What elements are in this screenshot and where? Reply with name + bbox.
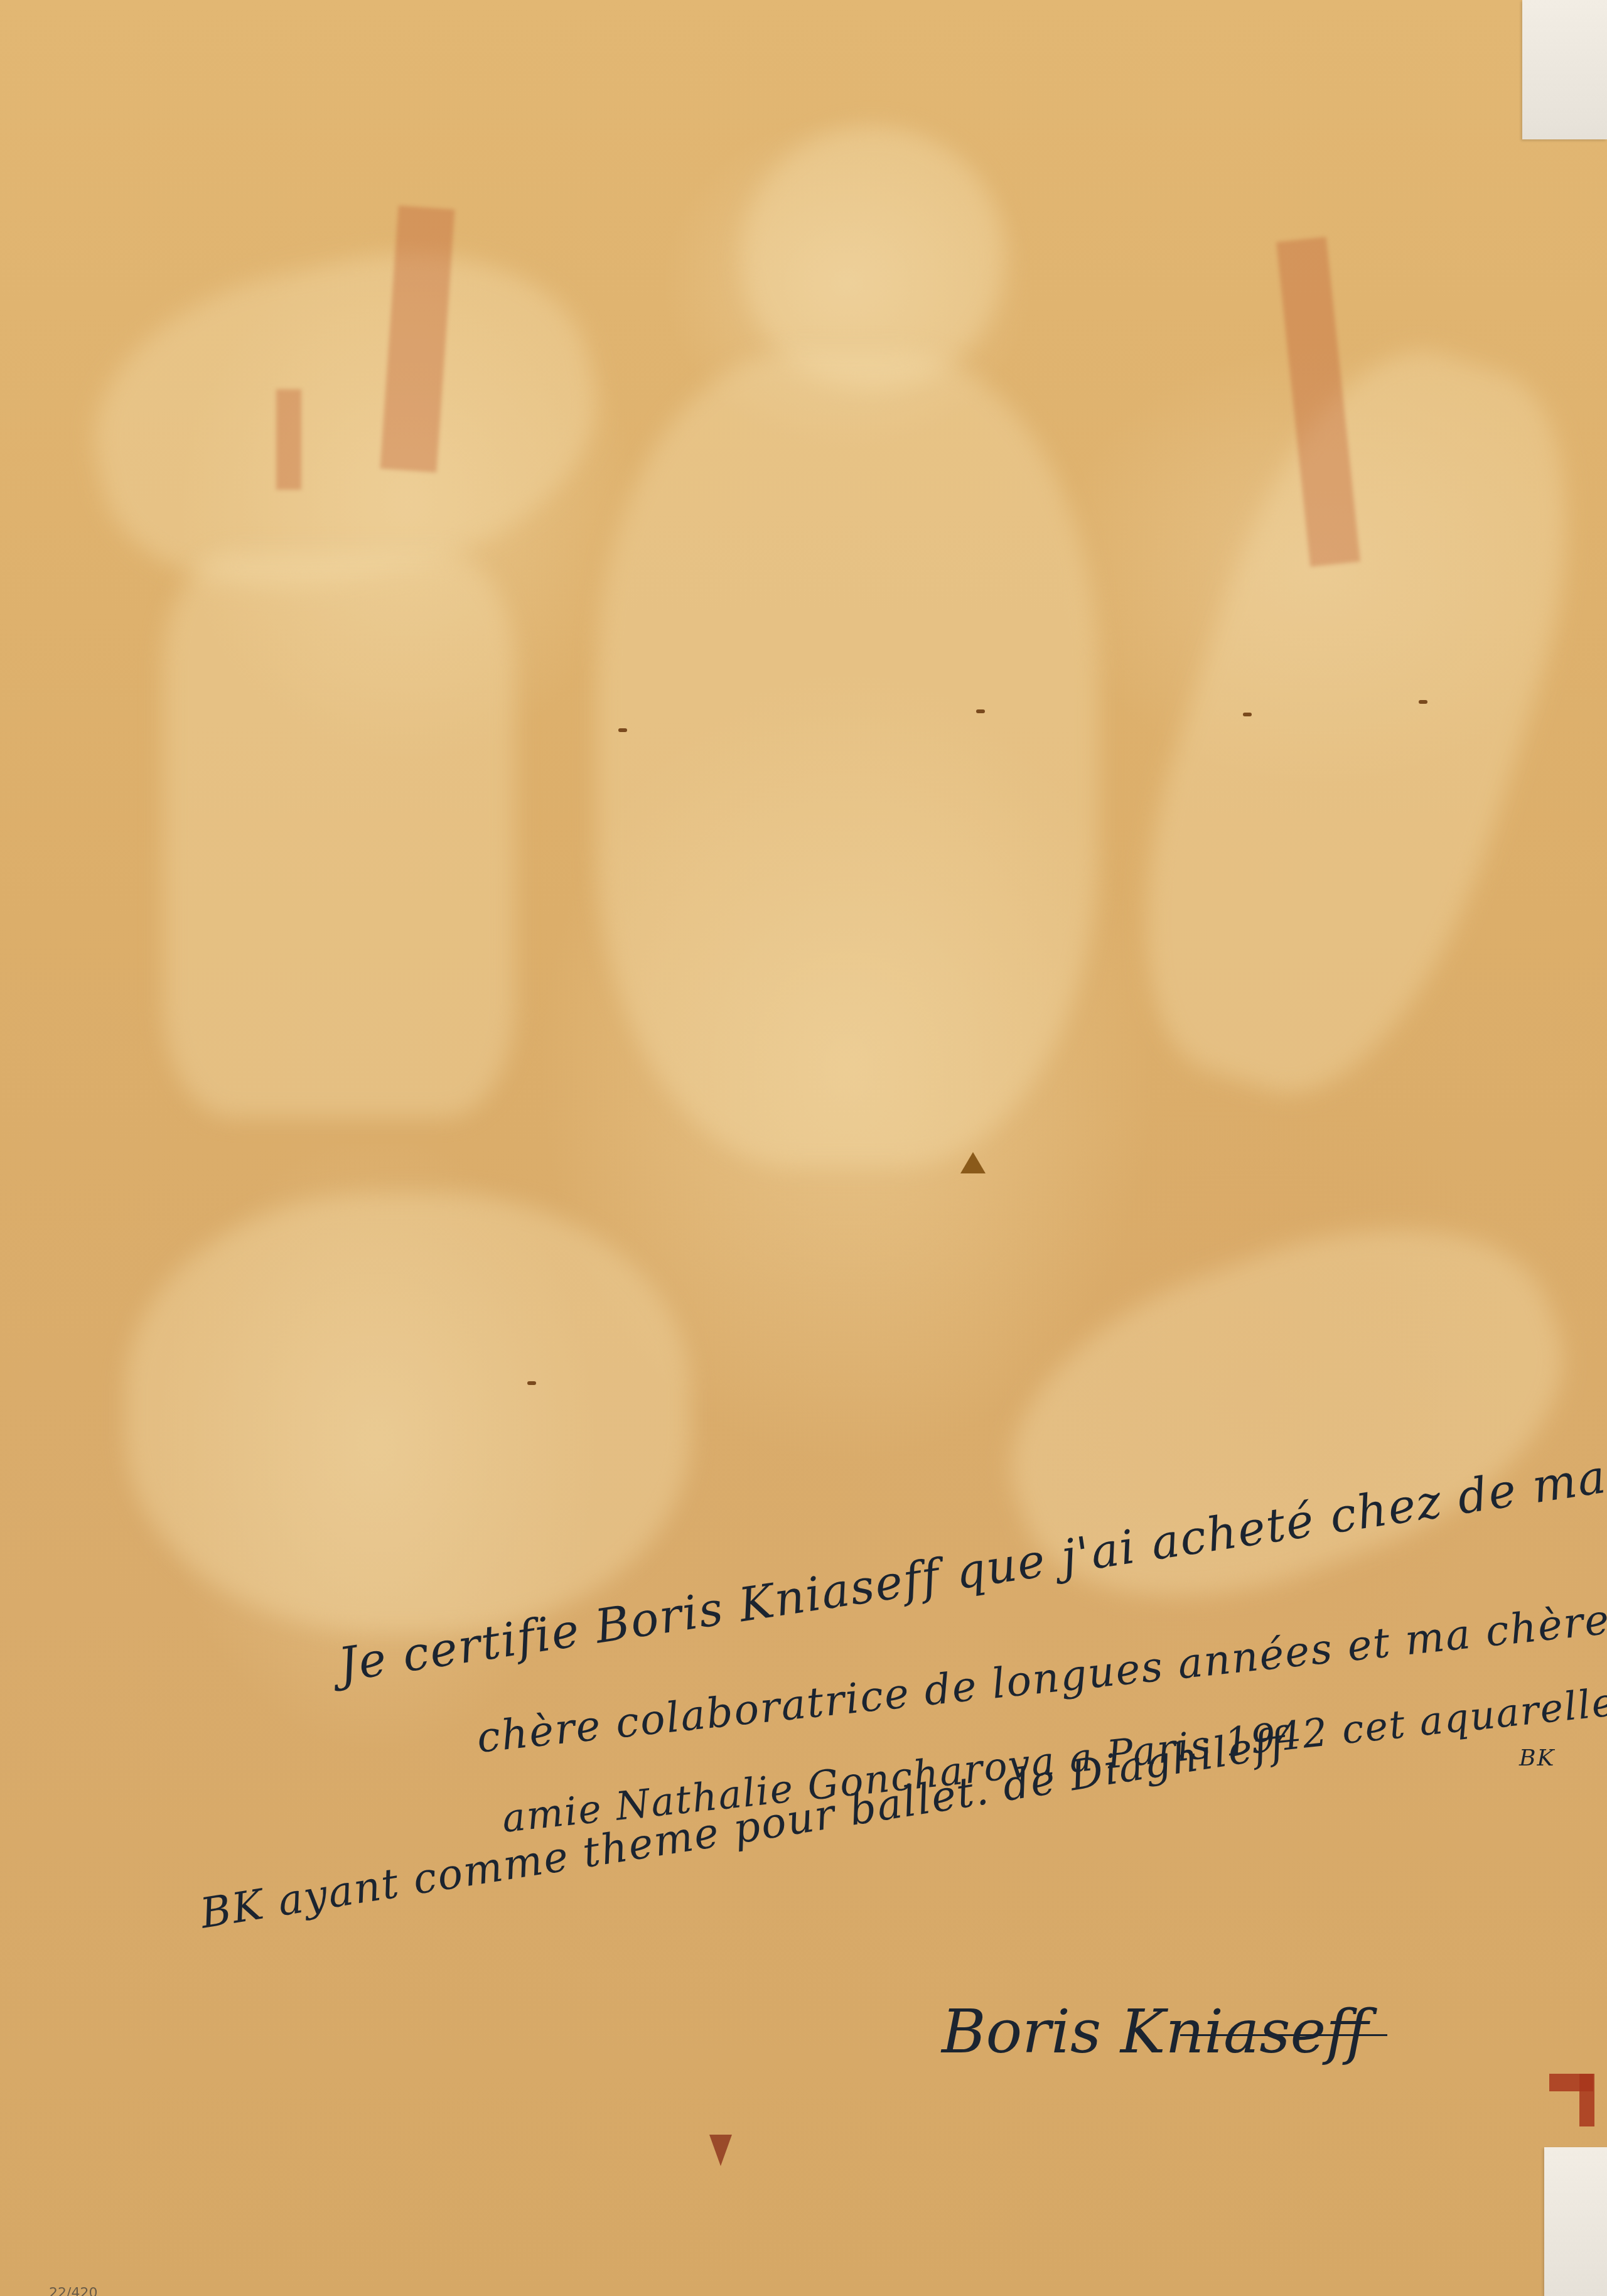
inscription-insertion: BK — [1519, 1745, 1555, 1771]
speck — [1419, 700, 1427, 704]
ghost-figure-head — [741, 126, 1004, 389]
signature: Boris Kniaseff — [942, 1997, 1368, 2067]
red-chalk-mark — [276, 389, 301, 490]
ink-fleck — [960, 1152, 986, 1173]
speck — [618, 728, 627, 732]
ghost-figure-lower — [126, 1193, 691, 1632]
paper-tape-bottom-right — [1544, 2147, 1607, 2296]
signature-flourish — [1180, 2034, 1387, 2036]
inventory-number-label: 22/420 — [49, 2285, 97, 2296]
ghost-figure-left-block — [163, 552, 515, 1118]
inscription-line-4: BK ayant comme theme pour ballet. de Dia… — [197, 1718, 1290, 1938]
speck — [976, 709, 985, 713]
red-corner-stamp — [1579, 2074, 1594, 2126]
ghost-figure-body — [596, 352, 1099, 1168]
ink-fleck — [709, 2135, 732, 2166]
speck — [527, 1381, 536, 1385]
speck — [1243, 713, 1252, 716]
paper-tape-top-right — [1522, 0, 1607, 139]
artwork-verso: Je certifie Boris Kniaseff que j'ai ache… — [0, 0, 1607, 2296]
